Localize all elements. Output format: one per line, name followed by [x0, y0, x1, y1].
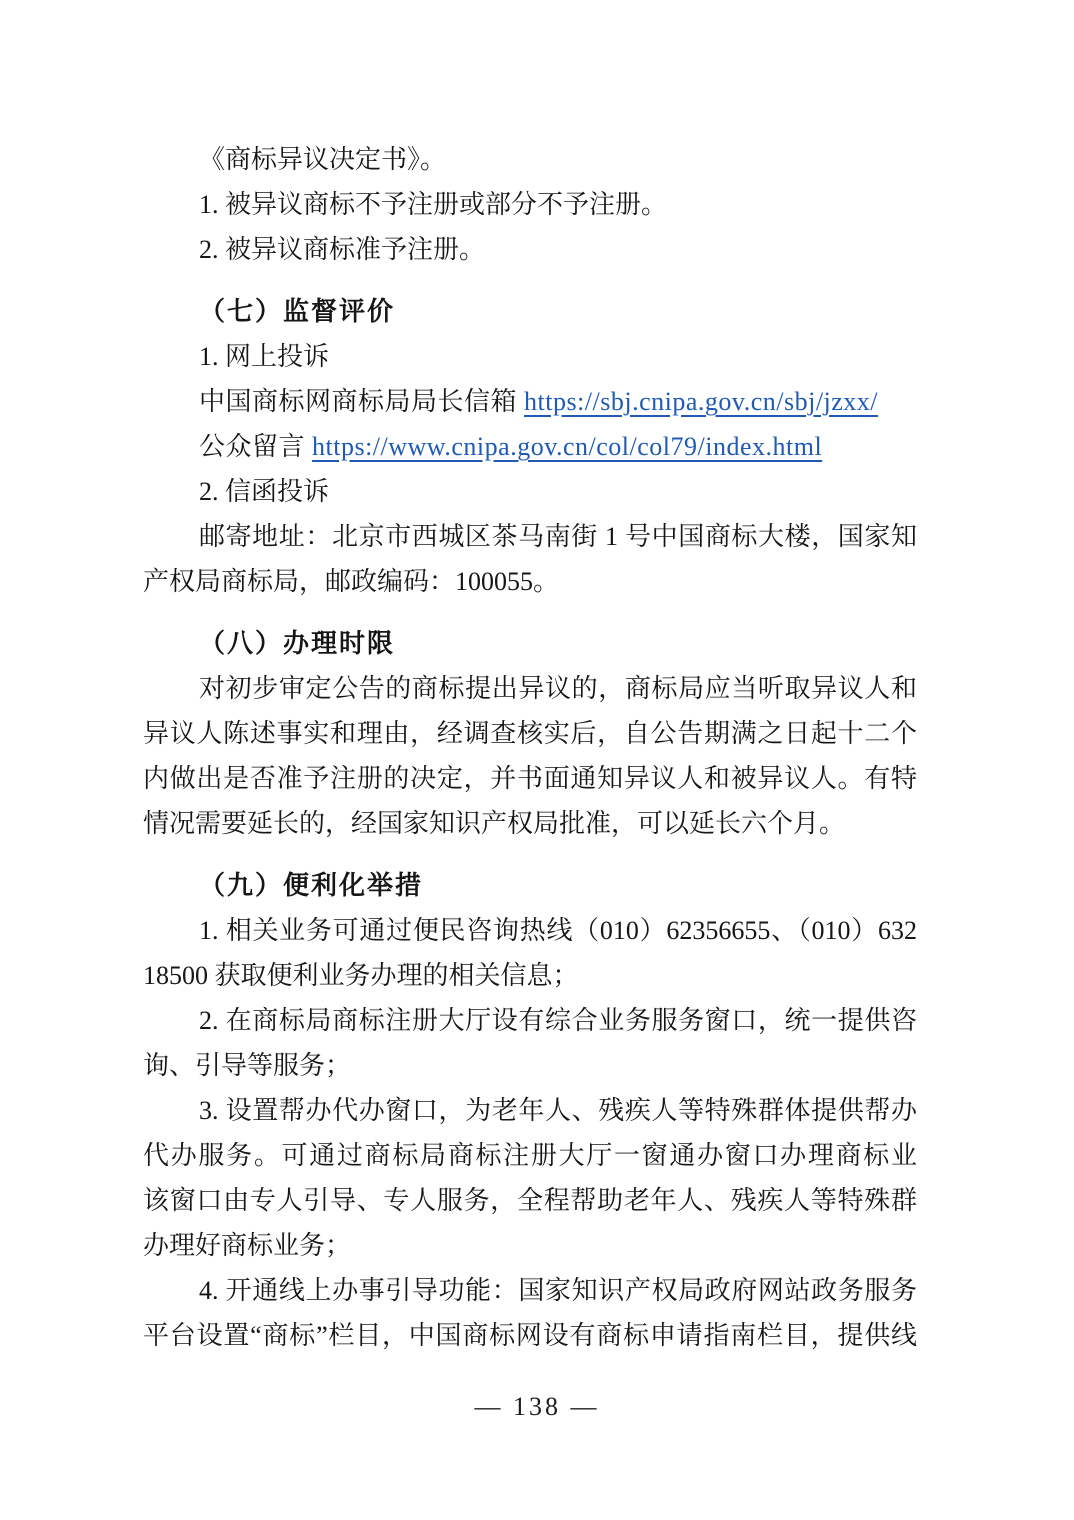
text-line: 内做出是否准予注册的决定，并书面通知异议人和被异议人。有特殊	[143, 756, 917, 801]
hotline-item: 1. 相关业务可通过便民咨询热线（010）62356655、（010）632	[143, 908, 917, 953]
mailing-address-line: 邮寄地址：北京市西城区茶马南街 1 号中国商标大楼，国家知识	[143, 514, 917, 559]
page-number: — 138 —	[0, 1392, 1074, 1422]
decision-item-1: 1. 被异议商标不予注册或部分不予注册。	[143, 182, 917, 227]
text-line: 《商标异议决定书》。	[143, 137, 917, 182]
online-guide-item: 平台设置“商标”栏目，中国商标网设有商标申请指南栏目，提供线上	[143, 1313, 917, 1358]
director-mailbox-link[interactable]: https://sbj.cnipa.gov.cn/sbj/jzxx/	[524, 387, 878, 416]
assist-window-item: 代办服务。可通过商标局商标注册大厅一窗通办窗口办理商标业务，	[143, 1133, 917, 1178]
assist-window-item: 该窗口由专人引导、专人服务，全程帮助老年人、残疾人等特殊群体	[143, 1178, 917, 1223]
online-guide-item: 4. 开通线上办事引导功能：国家知识产权局政府网站政务服务	[143, 1268, 917, 1313]
service-window-item: 2. 在商标局商标注册大厅设有综合业务服务窗口，统一提供咨	[143, 998, 917, 1043]
hotline-item: 18500 获取便利业务办理的相关信息；	[143, 953, 917, 998]
text-line: 情况需要延长的，经国家知识产权局批准，可以延长六个月。	[143, 801, 917, 846]
section-heading-time-limit: （八）办理时限	[143, 621, 917, 666]
public-message-link[interactable]: https://www.cnipa.gov.cn/col/col79/index…	[312, 432, 822, 461]
assist-window-item: 办理好商标业务；	[143, 1223, 917, 1268]
mailing-address-line: 产权局商标局，邮政编码：100055。	[143, 559, 917, 604]
section-heading-supervision: （七）监督评价	[143, 289, 917, 334]
director-mailbox-line: 中国商标网商标局局长信箱 https://sbj.cnipa.gov.cn/sb…	[143, 379, 917, 424]
public-message-line: 公众留言 https://www.cnipa.gov.cn/col/col79/…	[143, 424, 917, 469]
online-complaint-item: 1. 网上投诉	[143, 334, 917, 379]
section-heading-facilitation: （九）便利化举措	[143, 863, 917, 908]
letter-complaint-item: 2. 信函投诉	[143, 469, 917, 514]
text-line: 异议人陈述事实和理由，经调查核实后，自公告期满之日起十二个月	[143, 711, 917, 756]
director-mailbox-label: 中国商标网商标局局长信箱	[199, 387, 524, 416]
service-window-item: 询、引导等服务；	[143, 1043, 917, 1088]
decision-item-2: 2. 被异议商标准予注册。	[143, 227, 917, 272]
document-page: 《商标异议决定书》。 1. 被异议商标不予注册或部分不予注册。 2. 被异议商标…	[0, 0, 1074, 1520]
document-body: 《商标异议决定书》。 1. 被异议商标不予注册或部分不予注册。 2. 被异议商标…	[143, 137, 917, 1358]
text-line: 对初步审定公告的商标提出异议的，商标局应当听取异议人和被	[143, 666, 917, 711]
assist-window-item: 3. 设置帮办代办窗口，为老年人、残疾人等特殊群体提供帮办	[143, 1088, 917, 1133]
public-message-label: 公众留言	[199, 432, 312, 461]
